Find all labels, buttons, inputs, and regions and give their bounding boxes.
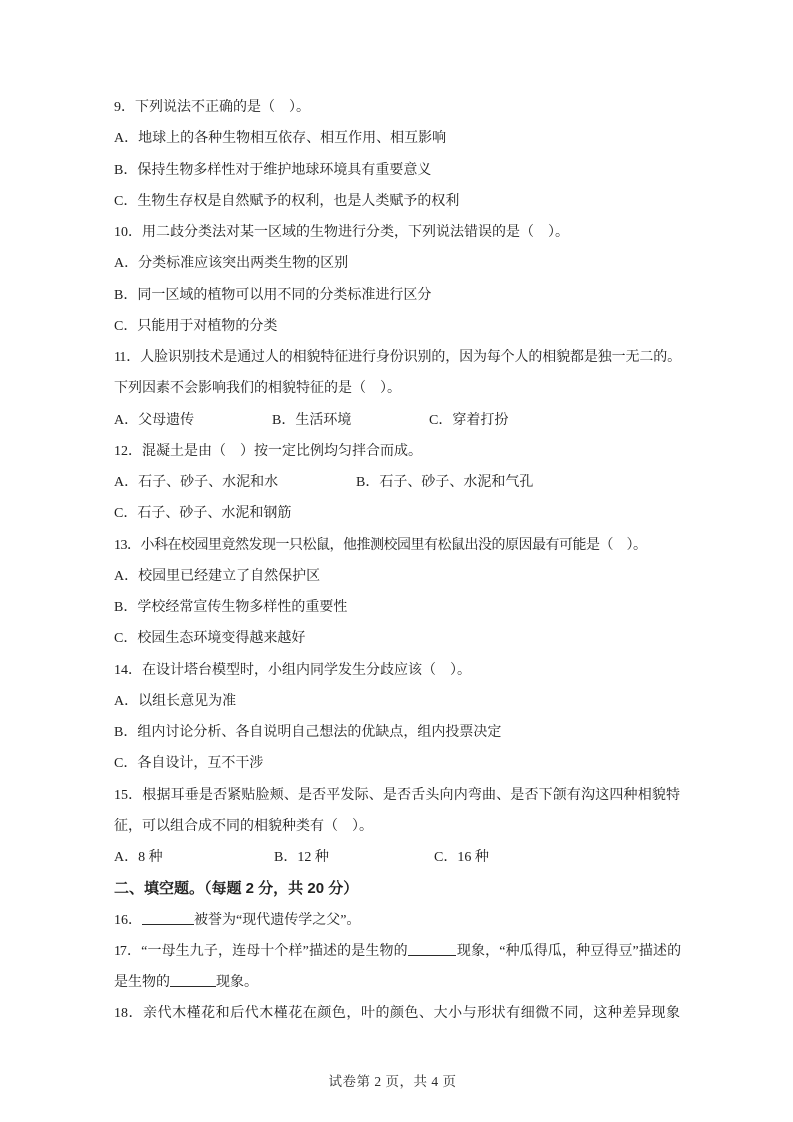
option-item: C．穿着打扮 — [429, 405, 508, 436]
section-heading: 二、填空题。（每题 2 分，共 20 分） — [114, 873, 680, 904]
exam-body: 9．下列说法不正确的是（ ）。A．地球上的各种生物相互依存、相互作用、相互影响B… — [114, 92, 680, 1030]
text-line: C．各自设计，互不干涉 — [114, 748, 680, 779]
text-line: 16．被誉为“现代遗传学之父”。 — [114, 905, 680, 936]
text-line: A．以组长意见为准 — [114, 686, 680, 717]
text-line: C．石子、砂子、水泥和钢筋 — [114, 498, 680, 529]
text-line: 9．下列说法不正确的是（ ）。 — [114, 92, 680, 123]
text-line: C．只能用于对植物的分类 — [114, 311, 680, 342]
option-item: B．石子、砂子、水泥和气孔 — [356, 467, 533, 498]
option-item: A．父母遗传 — [114, 405, 194, 436]
answer-blank — [142, 911, 194, 925]
exam-page: 9．下列说法不正确的是（ ）。A．地球上的各种生物相互依存、相互作用、相互影响B… — [0, 0, 793, 1122]
text-line: A．地球上的各种生物相互依存、相互作用、相互影响 — [114, 123, 680, 154]
text-line: 15．根据耳垂是否紧贴脸颊、是否平发际、是否舌头向内弯曲、是否下颌有沟这四种相貌… — [114, 780, 680, 811]
text-segment: 16． — [114, 913, 142, 928]
text-line: B．保持生物多样性对于维护地球环境具有重要意义 — [114, 155, 680, 186]
text-segment: 17．“一母生九子，连母十个样”描述的是生物的 — [114, 944, 408, 959]
text-line: C．校园生态环境变得越来越好 — [114, 623, 680, 654]
option-item: A．石子、砂子、水泥和水 — [114, 467, 278, 498]
options-row: A．父母遗传B．生活环境C．穿着打扮 — [114, 405, 680, 436]
text-segment: 现象，“种瓜得瓜，种豆得豆”描述的 — [456, 944, 680, 959]
text-line: 11．人脸识别技术是通过人的相貌特征进行身份识别的，因为每个人的相貌都是独一无二… — [114, 342, 680, 373]
text-line: 13．小科在校园里竟然发现一只松鼠，他推测校园里有松鼠出没的原因最有可能是（ ）… — [114, 530, 680, 561]
text-line: 10．用二歧分类法对某一区域的生物进行分类，下列说法错误的是（ ）。 — [114, 217, 680, 248]
text-segment: 现象。 — [216, 975, 258, 990]
option-item: B．12 种 — [274, 842, 329, 873]
text-line: 18．亲代木槿花和后代木槿花在颜色，叶的颜色、大小与形状有细微不同，这种差异现象 — [114, 998, 680, 1029]
text-line: B．学校经常宣传生物多样性的重要性 — [114, 592, 680, 623]
options-row: A．8 种B．12 种C．16 种 — [114, 842, 680, 873]
text-line: B．组内讨论分析、各自说明自己想法的优缺点，组内投票决定 — [114, 717, 680, 748]
text-segment: 被誉为“现代遗传学之父”。 — [194, 913, 360, 928]
text-line: A．校园里已经建立了自然保护区 — [114, 561, 680, 592]
answer-blank — [408, 942, 456, 956]
text-line: 下列因素不会影响我们的相貌特征的是（ ）。 — [114, 373, 680, 404]
text-line: 17．“一母生九子，连母十个样”描述的是生物的现象，“种瓜得瓜，种豆得豆”描述的 — [114, 936, 680, 967]
option-item: C．16 种 — [434, 842, 489, 873]
text-segment: 是生物的 — [114, 975, 170, 990]
option-item: A．8 种 — [114, 842, 163, 873]
page-footer: 试卷第 2 页，共 4 页 — [0, 1070, 785, 1090]
text-line: 12．混凝土是由（ ）按一定比例均匀拌合而成。 — [114, 436, 680, 467]
text-line: C．生物生存权是自然赋予的权利，也是人类赋予的权利 — [114, 186, 680, 217]
text-line: 14．在设计塔台模型时，小组内同学发生分歧应该（ ）。 — [114, 655, 680, 686]
text-line: 征，可以组合成不同的相貌种类有（ ）。 — [114, 811, 680, 842]
option-item: B．生活环境 — [272, 405, 351, 436]
text-line: A．分类标准应该突出两类生物的区别 — [114, 248, 680, 279]
text-line: B．同一区域的植物可以用不同的分类标准进行区分 — [114, 280, 680, 311]
options-row: A．石子、砂子、水泥和水B．石子、砂子、水泥和气孔 — [114, 467, 680, 498]
text-line: 是生物的现象。 — [114, 967, 680, 998]
answer-blank — [170, 973, 216, 987]
